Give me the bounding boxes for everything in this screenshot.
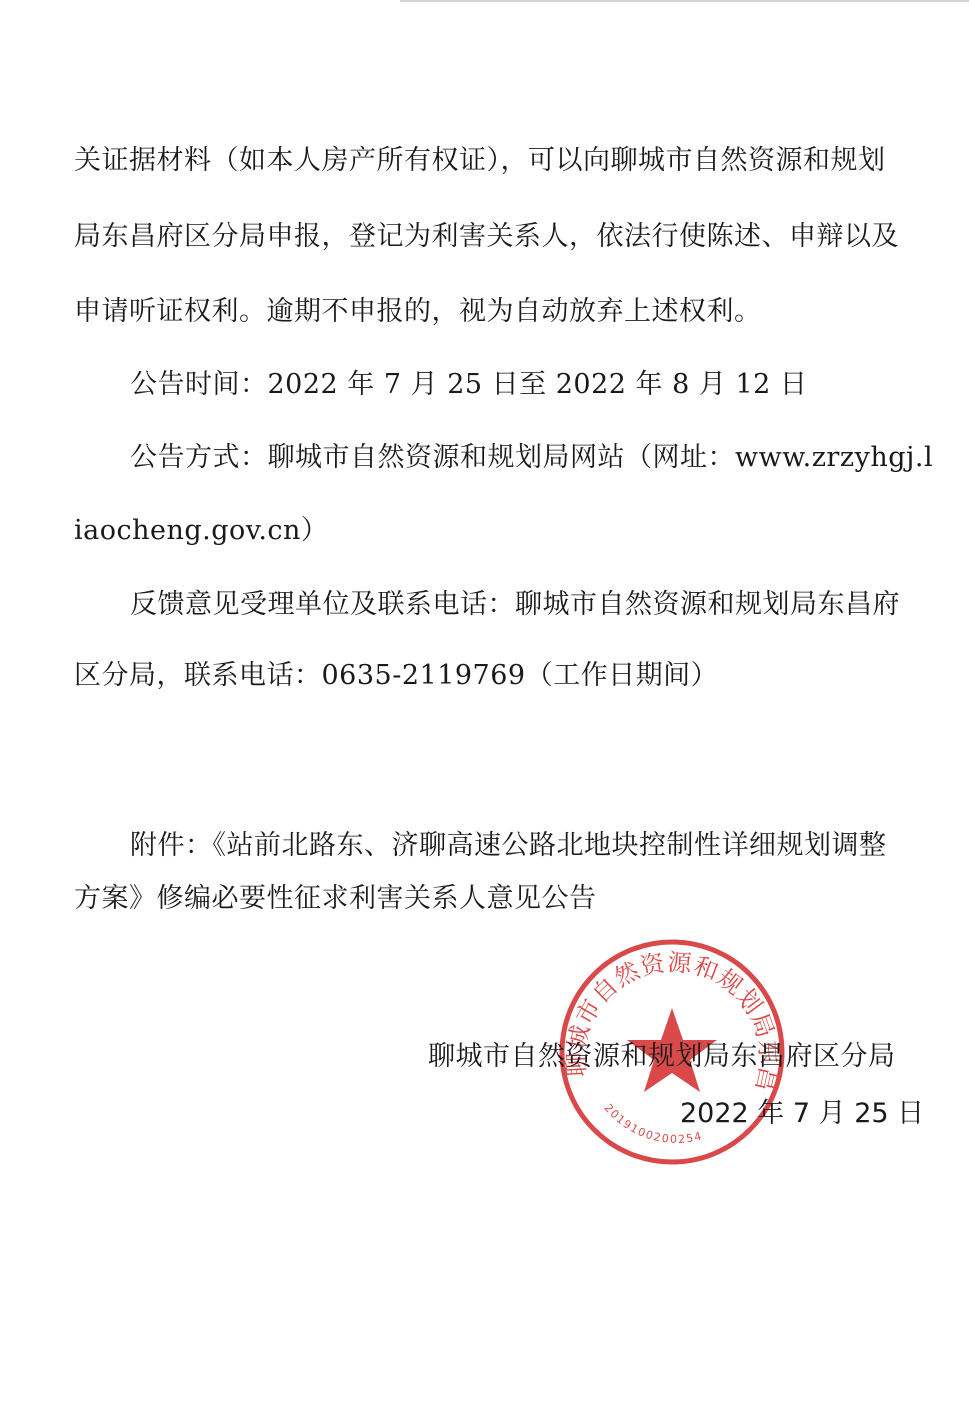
paragraph-1-line-3: 申请听证权利。逾期不申报的，视为自动放弃上述权利。	[74, 295, 904, 329]
signing-organization: 聊城市自然资源和规划局东昌府区分局	[428, 1040, 896, 1074]
paragraph-1-line-2: 局东昌府区分局申报，登记为利害关系人，依法行使陈述、申辩以及	[74, 220, 904, 254]
attachment-line-1: 附件：《站前北路东、济聊高速公路北地块控制性详细规划调整	[130, 829, 910, 863]
signing-date: 2022 年 7 月 25 日	[680, 1097, 924, 1131]
announcement-method-line-2: iaocheng.gov.cn）	[74, 514, 904, 548]
attachment-line-2: 方案》修编必要性征求利害关系人意见公告	[74, 882, 904, 916]
feedback-contact-line-2: 区分局，联系电话：0635-2119769（工作日期间）	[74, 659, 904, 693]
page-top-edge	[400, 0, 969, 2]
paragraph-1-line-1: 关证据材料（如本人房产所有权证），可以向聊城市自然资源和规划	[74, 144, 904, 178]
feedback-contact-line-1: 反馈意见受理单位及联系电话：聊城市自然资源和规划局东昌府	[130, 588, 910, 622]
announcement-period: 公告时间：2022 年 7 月 25 日至 2022 年 8 月 12 日	[130, 368, 910, 402]
announcement-method-line-1: 公告方式：聊城市自然资源和规划局网站（网址：www.zrzyhgj.l	[130, 441, 910, 475]
